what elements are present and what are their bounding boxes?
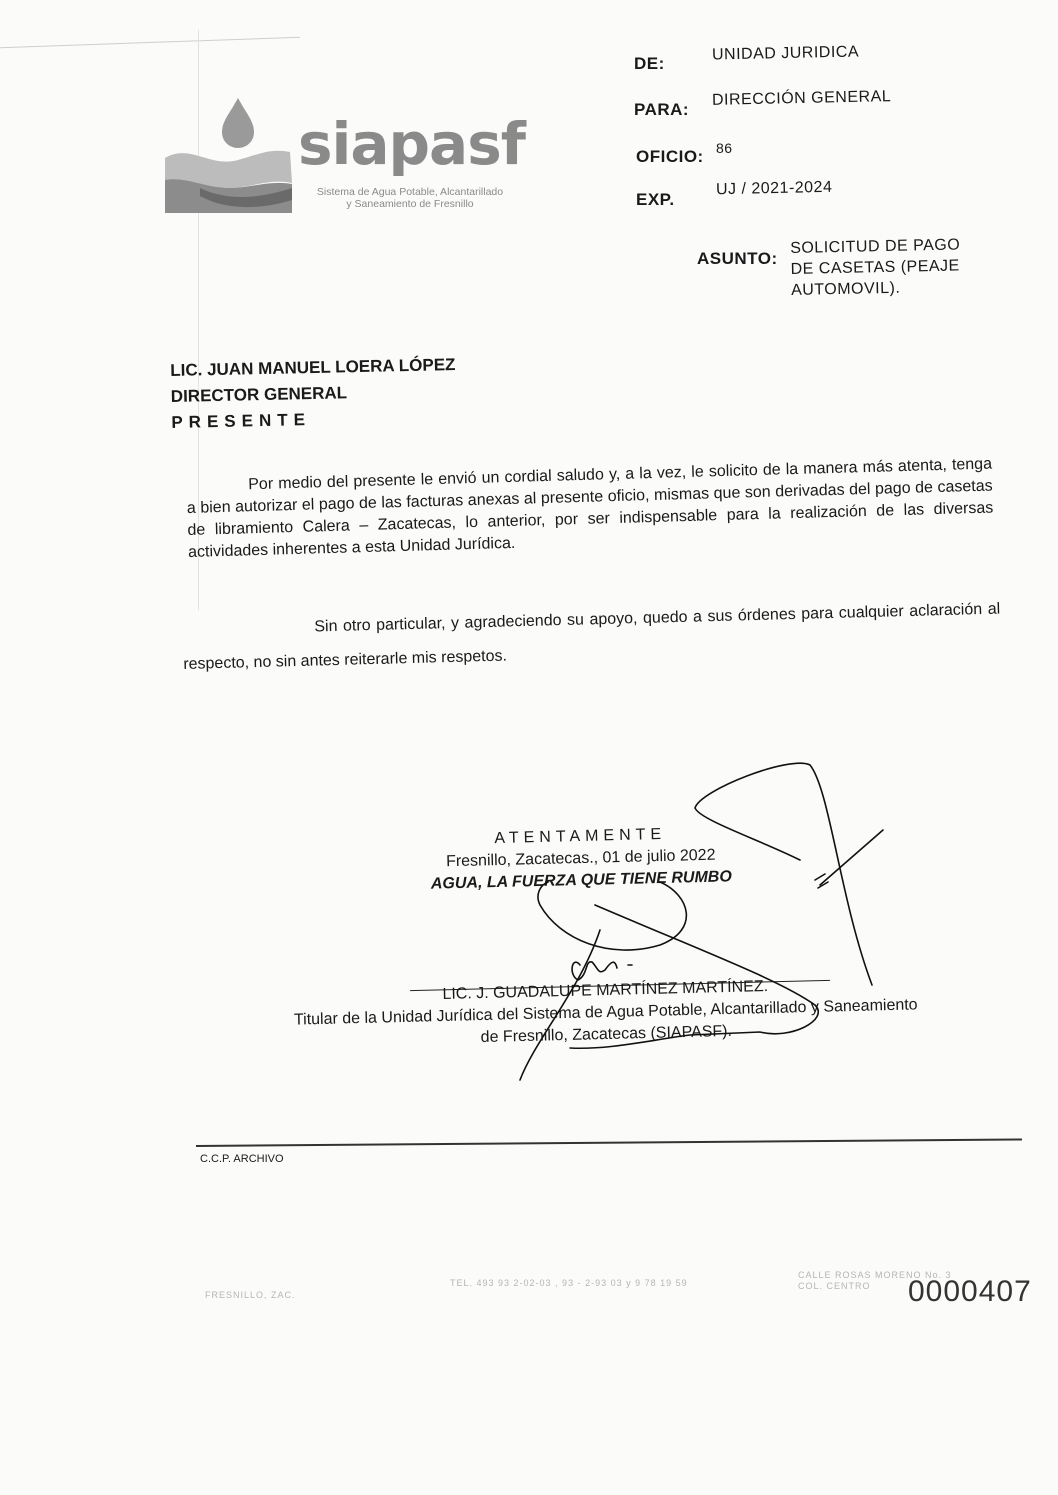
ccp-archivo: C.C.P. ARCHIVO <box>200 1153 284 1165</box>
scan-artifact-top-line <box>0 37 300 48</box>
folio-number: 0000407 <box>908 1275 1032 1309</box>
logo-subtitle-line2: y Saneamiento de Fresnillo <box>290 198 530 210</box>
exp-label: EXP. <box>636 190 675 210</box>
logo-subtitle-line1: Sistema de Agua Potable, Alcantarillado <box>290 186 530 198</box>
signer-block: LIC. J. GUADALUPE MARTÍNEZ MARTÍNEZ. Tit… <box>190 970 1021 1056</box>
footer-phones: TEL. 493 93 2-02-03 , 93 - 2-93 03 y 9 7… <box>450 1278 688 1288</box>
asunto-line-3: AUTOMOVIL). <box>791 276 961 301</box>
asunto-label: ASUNTO: <box>697 249 778 269</box>
para-label: PARA: <box>634 100 689 120</box>
logo-wordmark: siapasf <box>298 110 525 178</box>
water-drop-wave-icon <box>160 88 300 223</box>
asunto-line-2: DE CASETAS (PEAJE <box>790 255 960 280</box>
presente-label: PRESENTE <box>171 404 457 436</box>
footer-city: FRESNILLO, ZAC. <box>205 1290 296 1300</box>
body-paragraph-2: Sin otro particular, y agradeciendo su a… <box>182 593 1001 682</box>
siapasf-logo: siapasf Sistema de Agua Potable, Alcanta… <box>160 88 540 223</box>
para-value: DIRECCIÓN GENERAL <box>712 88 892 110</box>
body-paragraph-1: Por medio del presente le envió un cordi… <box>186 453 994 563</box>
exp-value: UJ / 2021-2024 <box>716 179 833 199</box>
asunto-value: SOLICITUD DE PAGO DE CASETAS (PEAJE AUTO… <box>790 234 961 301</box>
logo-subtitle: Sistema de Agua Potable, Alcantarillado … <box>290 186 530 210</box>
de-value: UNIDAD JURIDICA <box>712 43 859 64</box>
closing-block: ATENTAMENTE Fresnillo, Zacatecas., 01 de… <box>300 819 861 899</box>
addressee-block: LIC. JUAN MANUEL LOERA LÓPEZ DIRECTOR GE… <box>170 352 457 436</box>
footer-divider <box>196 1139 1022 1147</box>
oficio-label: OFICIO: <box>636 147 704 167</box>
oficio-value: 86 <box>716 140 733 156</box>
de-label: DE: <box>634 54 665 74</box>
